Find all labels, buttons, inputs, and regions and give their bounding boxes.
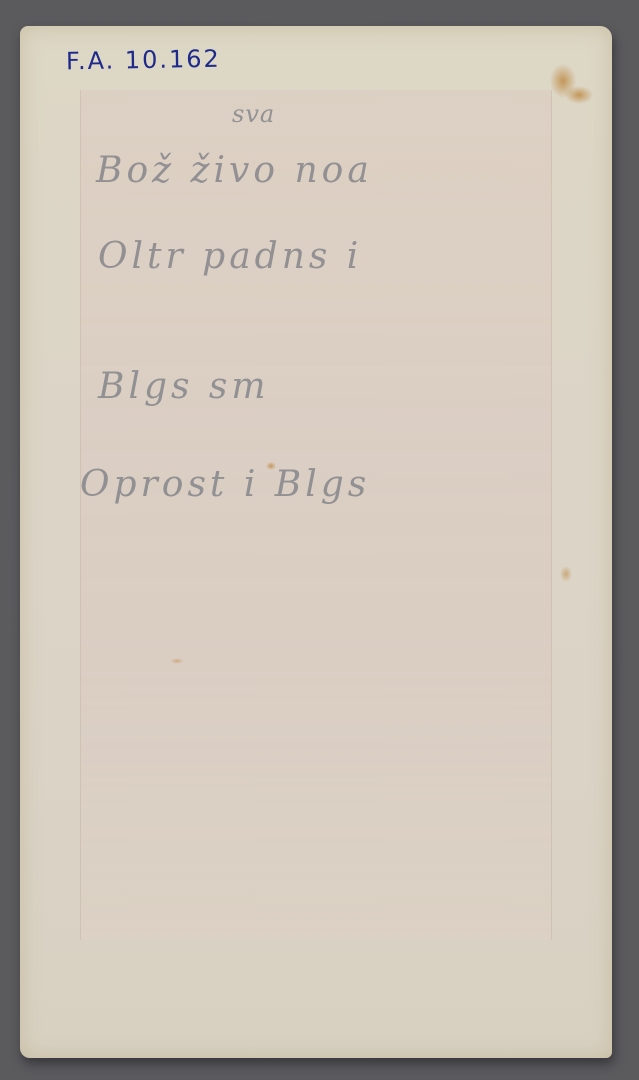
handwritten-line-3: Blgs sm <box>98 366 270 407</box>
right-edge-spot <box>560 566 572 582</box>
corner-stain-drip <box>565 86 593 104</box>
handwritten-line-4: Oprost i Blgs <box>80 464 370 505</box>
handwritten-line-1: Bož živo noa <box>96 150 373 191</box>
small-spot <box>170 658 184 664</box>
faded-print-area <box>80 90 552 940</box>
handwritten-line-2: Oltr padns i <box>98 236 362 277</box>
handwritten-insertion: sva <box>232 100 275 128</box>
catalog-number: F.A. 10.162 <box>66 45 221 76</box>
paper-card: F.A. 10.162 sva Bož živo noa Oltr padns … <box>20 26 612 1058</box>
